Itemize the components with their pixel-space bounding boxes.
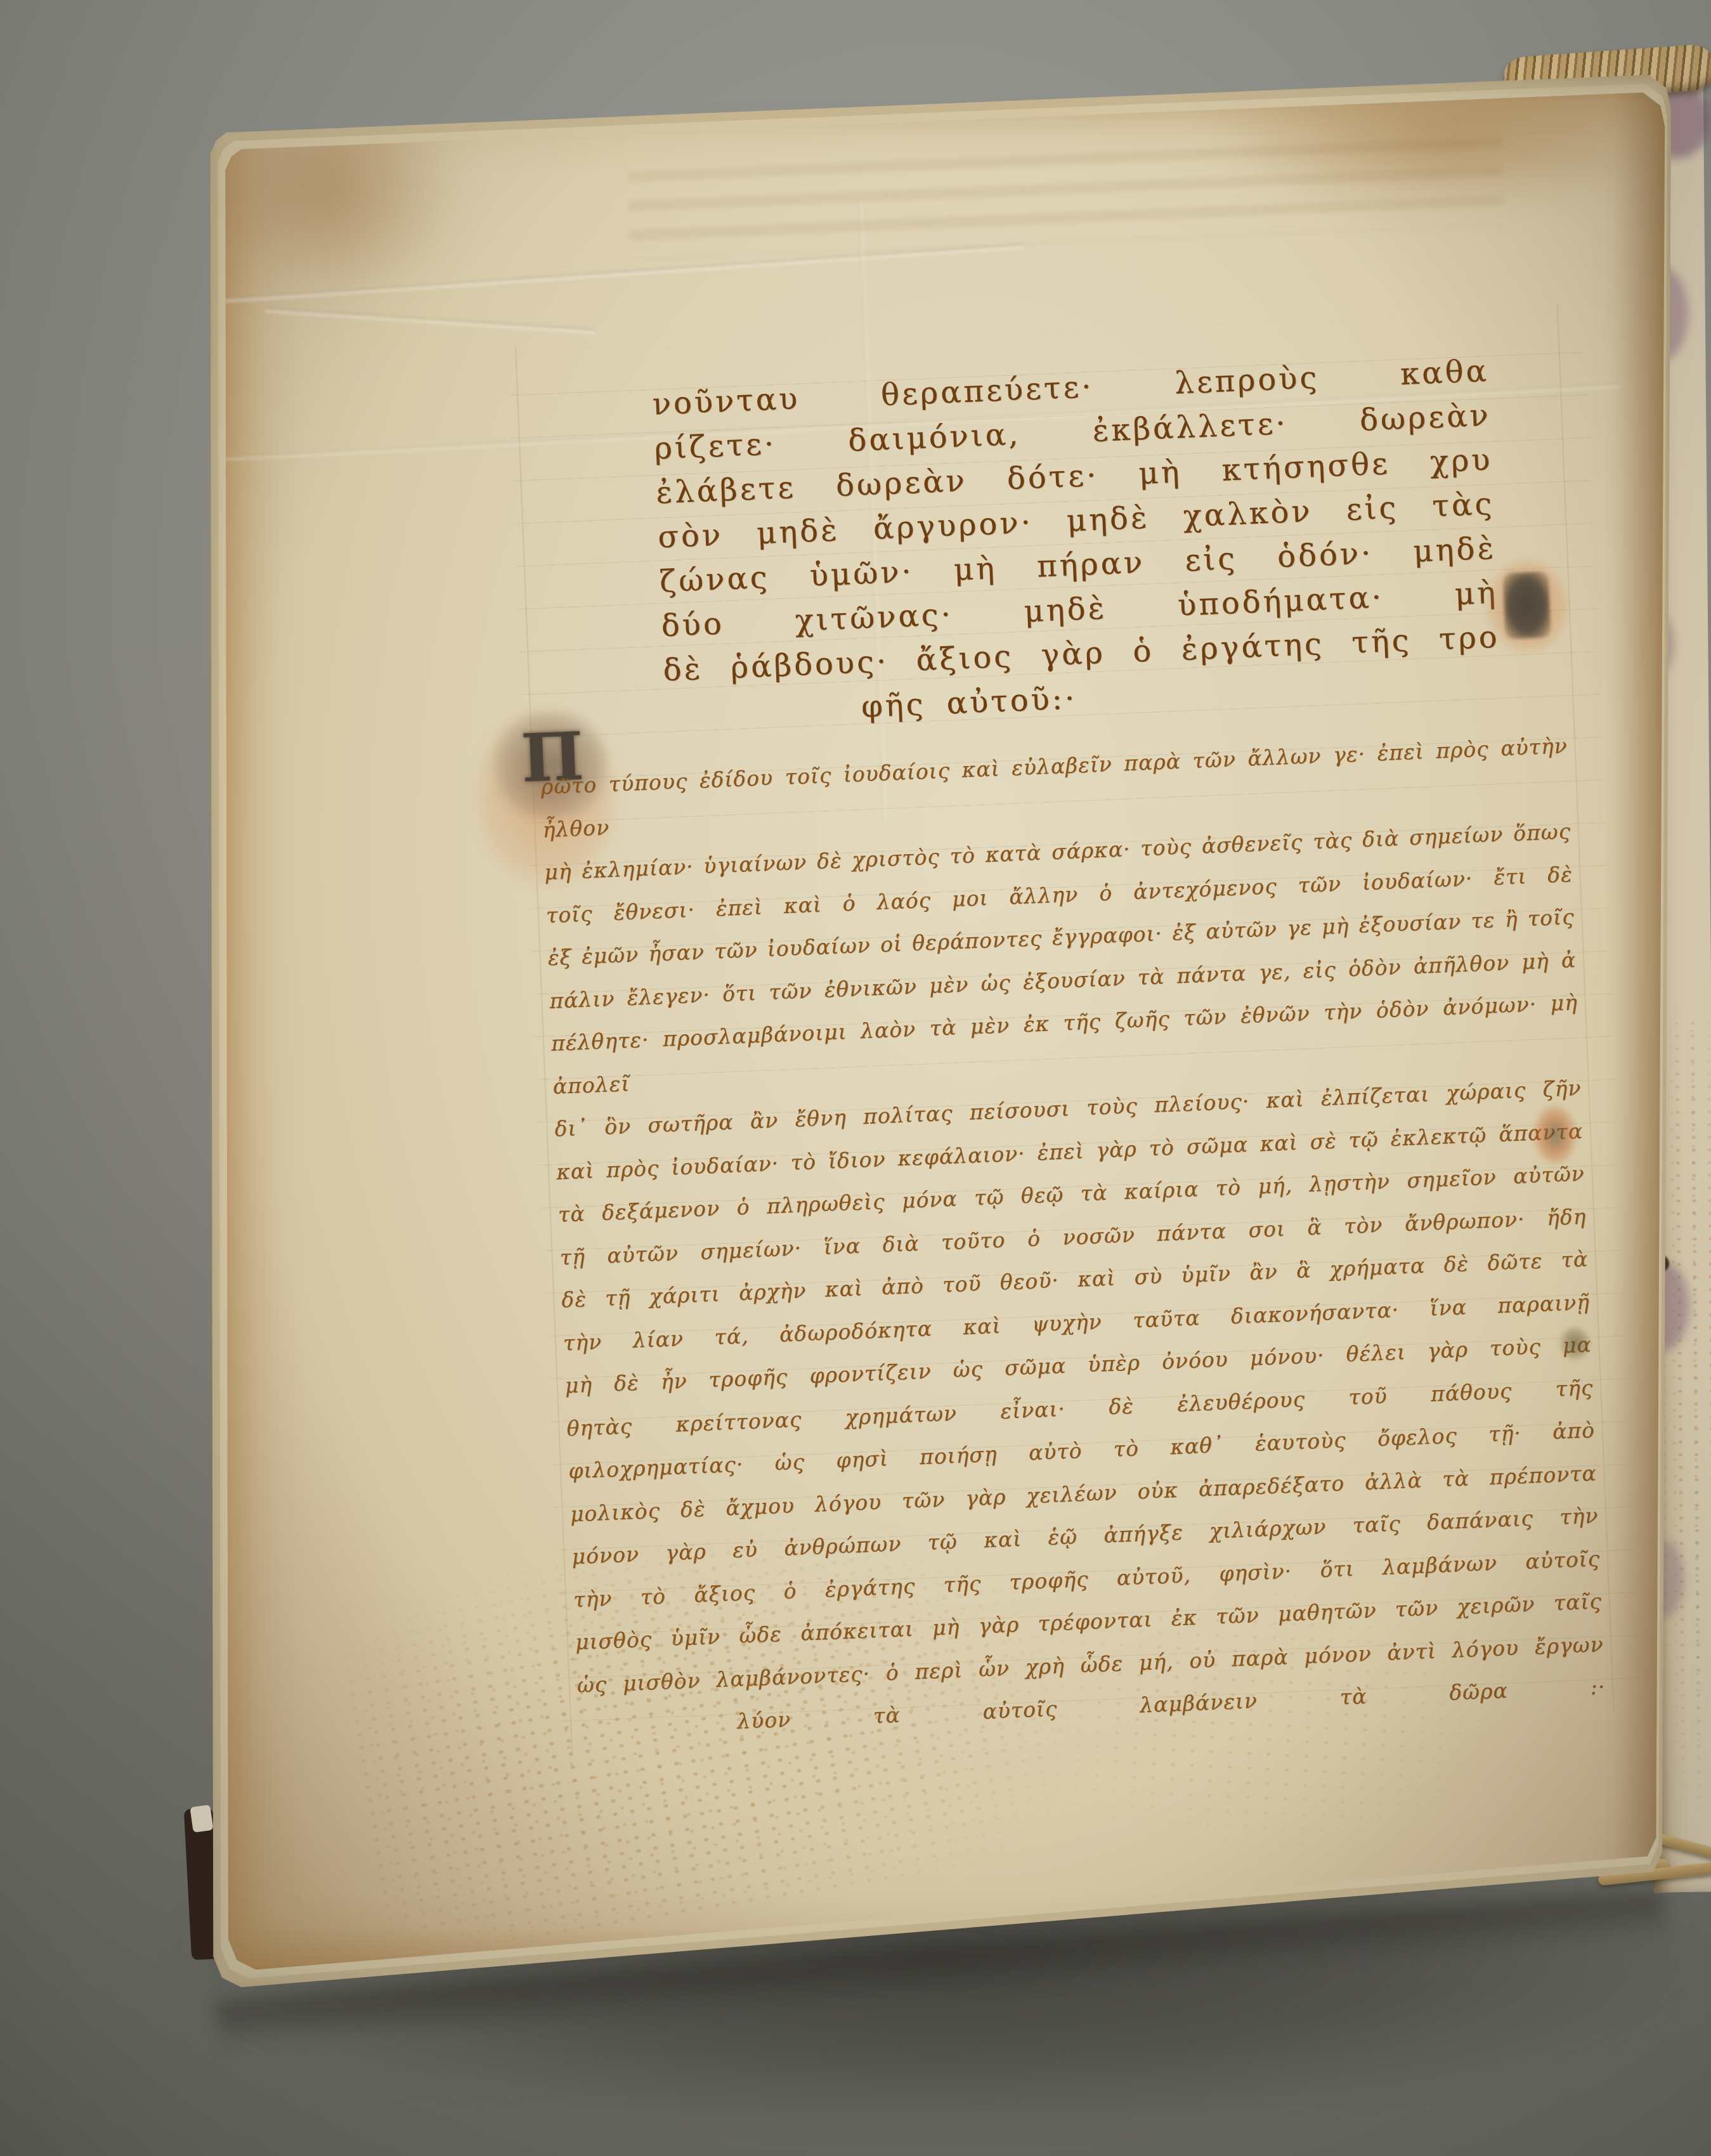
parchment-crease <box>265 308 595 335</box>
gospel-lemma-block: νοῦνταυ θεραπεύετε· λεπροὺς καθα ρίζετε·… <box>651 349 1502 737</box>
burn-mark <box>1503 571 1551 639</box>
manuscript-photo: { "artifact_kind": "greek-parchment-code… <box>0 0 1711 2156</box>
follicle-dots-bottom-left <box>329 1483 1089 1961</box>
parchment-crease <box>214 244 1024 304</box>
manuscript-page: νοῦνταυ θεραπεύετε· λεπροὺς καθα ρίζετε·… <box>218 89 1669 1977</box>
ink-show-through <box>627 137 1506 261</box>
parchment-scrap <box>190 1805 213 1833</box>
follicle-dots-bottom-mid <box>1007 1575 1501 1864</box>
ink-layer: νοῦνταυ θεραπεύετε· λεπροὺς καθα ρίζετε·… <box>181 60 1707 2005</box>
